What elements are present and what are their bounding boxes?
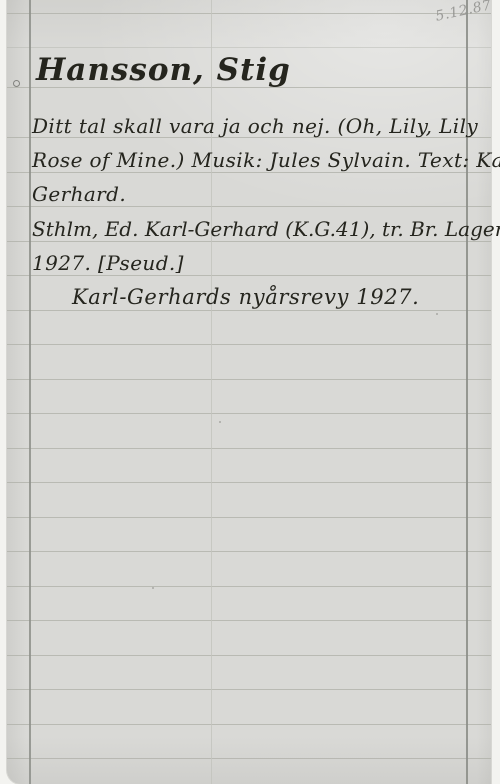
ruled-line [7,551,491,552]
ruled-line [7,344,491,345]
ruled-line [7,620,491,621]
dust-speck [436,313,438,315]
pencil-date-annotation: 5.12.87 [434,0,493,25]
ruled-line [7,379,491,380]
entry-line-2: Rose of Mine.) Musik: Jules Sylvain. Tex… [32,150,500,170]
scan-background-right-edge [491,0,500,784]
ruled-line [7,47,491,48]
entry-line-5: 1927. [Pseud.] [32,253,184,273]
ruled-line [7,448,491,449]
ruled-line [7,586,491,587]
revue-title-line: Karl-Gerhards nyårsrevy 1927. [72,287,419,308]
left-margin-rule [29,0,31,784]
ruled-line [7,310,491,311]
entry-line-3: Gerhard. [32,184,126,204]
scan-background-left-edge [0,0,7,784]
ruled-line [7,655,491,656]
index-card-paper: 5.12.87 Hansson, Stig Ditt tal skall var… [7,0,491,784]
entry-line-4: Sthlm, Ed. Karl-Gerhard (K.G.41), tr. Br… [32,219,500,239]
ruled-line [7,206,491,207]
ruled-line [7,517,491,518]
scanned-catalog-card-page: { "card": { "pencil_note": "5.12.87", "h… [0,0,500,784]
margin-circle-mark [13,80,20,87]
dust-speck [219,421,221,423]
ruled-line [7,482,491,483]
card-heading-author: Hansson, Stig [36,55,291,86]
ruled-line [7,413,491,414]
ruled-line [7,275,491,276]
entry-line-1: Ditt tal skall vara ja och nej. (Oh, Lil… [32,116,478,136]
ruled-line [7,758,491,759]
dust-speck [152,587,154,589]
ruled-line [7,724,491,725]
ruled-line [7,689,491,690]
ruled-line [7,13,491,14]
